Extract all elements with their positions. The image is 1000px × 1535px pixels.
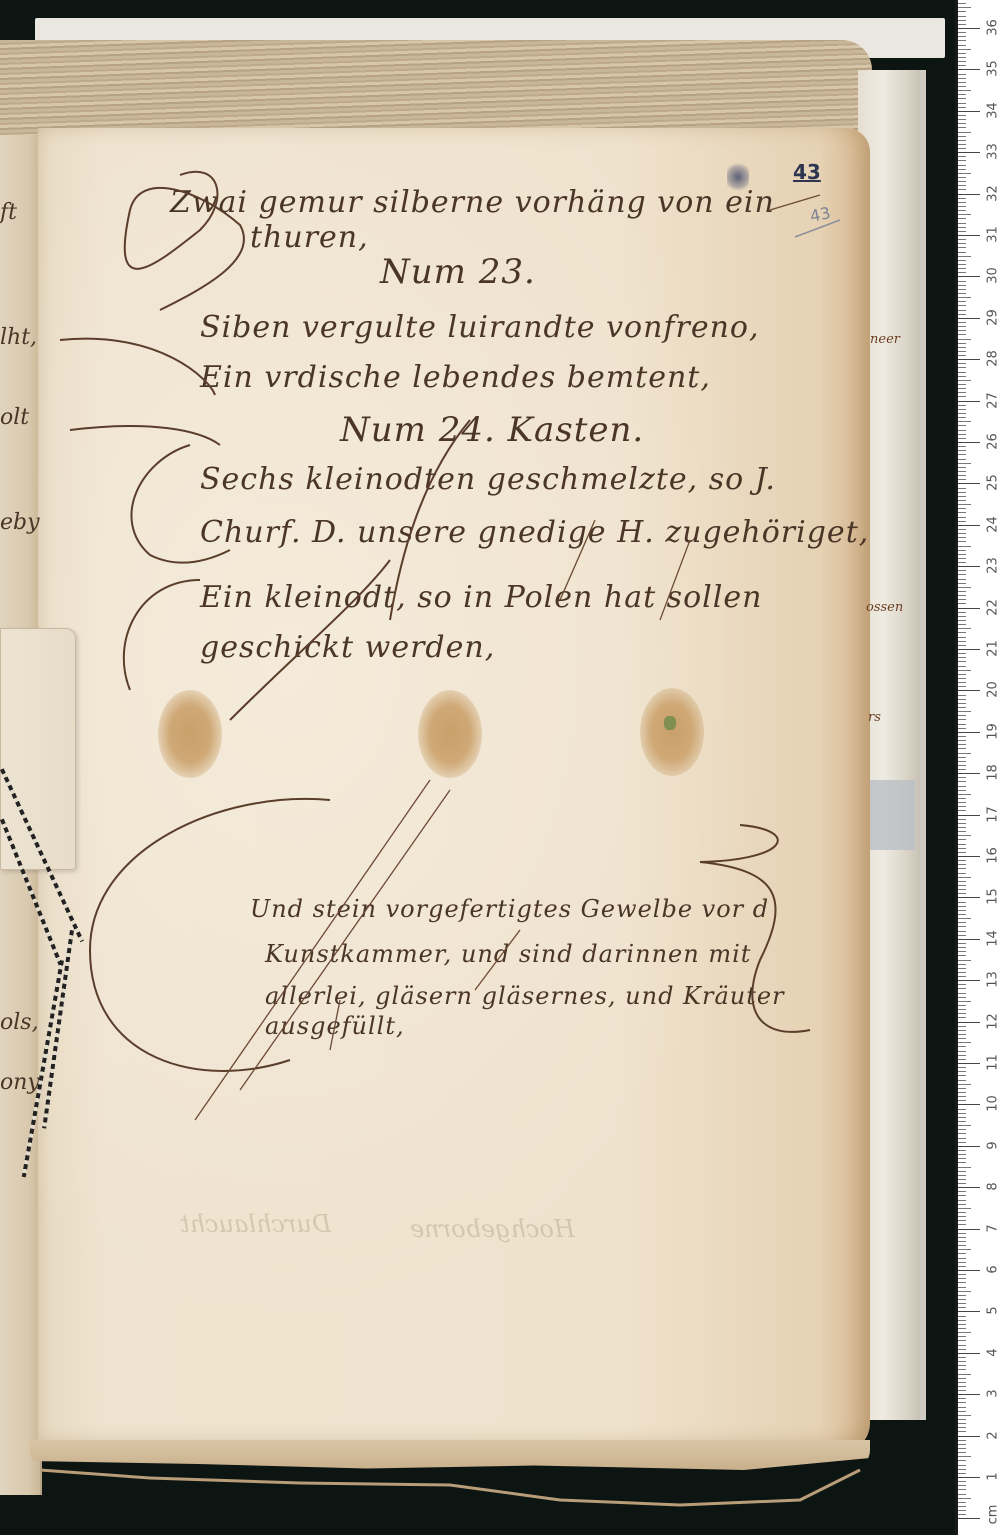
ruler-tick — [958, 579, 966, 580]
ruler-tick — [958, 761, 966, 762]
ruler-tick — [958, 1452, 966, 1453]
ruler-tick — [958, 367, 966, 368]
ruler-tick — [958, 223, 966, 224]
ruler-tick — [958, 239, 966, 240]
ruler-tick — [958, 1506, 966, 1507]
ruler-tick — [958, 699, 966, 700]
ruler-tick — [958, 359, 980, 360]
ruler-tick — [958, 997, 966, 998]
ruler-label: 10 — [986, 1094, 1000, 1114]
entry-heading: Num 23. — [380, 252, 536, 292]
ruler-label: 3 — [986, 1384, 1000, 1404]
ruler-tick — [958, 69, 980, 70]
ruler-tick — [958, 902, 966, 903]
ruler-tick — [958, 160, 966, 161]
ruler-tick — [958, 45, 966, 46]
ruler-tick — [958, 736, 966, 737]
ruler-tick — [958, 314, 966, 315]
ruler-tick — [958, 1469, 966, 1470]
ruler-tick — [958, 632, 966, 633]
ruler-tick — [958, 1034, 966, 1035]
ruler-tick — [958, 786, 966, 787]
ruler-tick — [958, 297, 971, 298]
ruler-tick — [958, 1311, 980, 1312]
ruler-tick — [958, 1320, 966, 1321]
ruler-tick — [958, 1365, 966, 1366]
ruler-tick — [958, 1258, 966, 1259]
ruler-tick — [958, 1022, 980, 1023]
ruler-tick — [958, 1282, 966, 1283]
text-line: thuren, — [250, 220, 369, 255]
ruler-tick — [958, 753, 971, 754]
ruler-tick — [958, 1353, 980, 1354]
ruler-tick — [958, 132, 971, 133]
ruler-label: 28 — [986, 349, 1000, 369]
ruler-tick — [958, 276, 980, 277]
ruler-tick — [958, 690, 980, 691]
ruler-tick — [958, 703, 966, 704]
ruler-label: 19 — [986, 721, 1000, 741]
ruler-tick — [958, 268, 966, 269]
ruler-tick — [958, 968, 966, 969]
ruler-tick — [958, 1046, 966, 1047]
ruler-tick — [958, 1237, 966, 1238]
ruler-tick — [958, 856, 980, 857]
ruler-tick — [958, 425, 966, 426]
ruler-tick — [958, 1518, 980, 1519]
ruler-label: 1 — [986, 1467, 1000, 1487]
ruler-tick — [958, 446, 966, 447]
ruler-tick — [958, 496, 966, 497]
ruler-label: 7 — [986, 1218, 1000, 1238]
ruler-tick — [958, 1125, 971, 1126]
ruler-tick — [958, 500, 966, 501]
ruler-tick — [958, 1063, 980, 1064]
ruler-tick — [958, 732, 980, 733]
ruler-tick — [958, 529, 966, 530]
left-margin-note: olt — [0, 405, 29, 430]
ruler-tick — [958, 1415, 971, 1416]
ruler-tick — [958, 36, 966, 37]
manuscript-scene: Durchlaucht Hochgeborne 43 43 Zwai gemur… — [0, 0, 1000, 1535]
ruler-tick — [958, 1465, 966, 1466]
ruler-tick — [958, 1100, 966, 1101]
ruler-tick — [958, 1171, 966, 1172]
ruler-tick — [958, 1431, 966, 1432]
ruler-label: 24 — [986, 514, 1000, 534]
ruler-tick — [958, 1026, 966, 1027]
ruler-tick — [958, 74, 966, 75]
ruler-tick — [958, 1104, 980, 1105]
ruler-tick — [958, 1204, 966, 1205]
ruler-tick — [958, 305, 966, 306]
ruler-tick — [958, 1382, 966, 1383]
ruler-tick — [958, 28, 980, 29]
ruler-tick — [958, 281, 966, 282]
ruler-tick — [958, 562, 966, 563]
ruler-tick — [958, 1175, 966, 1176]
ruler-tick — [958, 1080, 966, 1081]
ruler-tick — [958, 881, 966, 882]
ruler-tick — [958, 1316, 966, 1317]
ruler-tick — [958, 1444, 966, 1445]
ruler-tick — [958, 136, 966, 137]
ruler-tick — [958, 1440, 966, 1441]
ruler-tick — [958, 1059, 966, 1060]
ruler-tick — [958, 86, 966, 87]
text-line: Kunstkammer, und sind darinnen mit — [265, 940, 751, 968]
ruler-tick — [958, 1494, 966, 1495]
ruler-tick — [958, 1030, 966, 1031]
ruler-tick — [958, 111, 980, 112]
ruler-tick — [958, 620, 966, 621]
ruler-tick — [958, 16, 966, 17]
ruler-tick — [958, 409, 966, 410]
ruler-tick — [958, 728, 966, 729]
ruler-label: 30 — [986, 266, 1000, 286]
ruler-tick — [958, 964, 966, 965]
ruler-tick — [958, 272, 966, 273]
ruler-tick — [958, 247, 966, 248]
ruler-tick — [958, 554, 966, 555]
ruler-tick — [958, 351, 966, 352]
ruler-tick — [958, 417, 966, 418]
ruler-tick — [958, 835, 971, 836]
ruler-tick — [958, 827, 966, 828]
ruler-tick — [958, 235, 980, 236]
folded-paper-flap — [0, 628, 76, 870]
ruler-tick — [958, 140, 966, 141]
ruler-tick — [958, 1212, 966, 1213]
ruler-tick — [958, 1117, 966, 1118]
ruler-tick — [958, 1460, 966, 1461]
ruler-tick — [958, 947, 966, 948]
ruler-tick — [958, 806, 966, 807]
ruler-label: 6 — [986, 1260, 1000, 1280]
ruler-tick — [958, 976, 966, 977]
ruler-tick — [958, 926, 966, 927]
ruler-tick — [958, 413, 966, 414]
ruler-label: 16 — [986, 846, 1000, 866]
ruler-tick — [958, 7, 971, 8]
ruler-tick — [958, 1109, 966, 1110]
ruler-tick — [958, 198, 966, 199]
ruler-tick — [958, 1220, 966, 1221]
ruler-tick — [958, 715, 966, 716]
ruler-tick — [958, 202, 966, 203]
ruler-tick — [958, 616, 966, 617]
ruler-tick — [958, 438, 966, 439]
ruler-tick — [958, 123, 966, 124]
ruler-label: 13 — [986, 970, 1000, 990]
ruler-tick — [958, 454, 966, 455]
ruler-tick — [958, 144, 966, 145]
left-margin-note: lht, — [0, 325, 37, 350]
ruler-tick — [958, 1266, 966, 1267]
ruler-tick — [958, 169, 966, 170]
ruler-tick — [958, 1357, 966, 1358]
ruler-tick — [958, 1138, 966, 1139]
ruler-tick — [958, 993, 966, 994]
ruler-tick — [958, 20, 966, 21]
ruler-tick — [958, 61, 966, 62]
ruler-tick — [958, 252, 966, 253]
right-margin-note: rs — [868, 710, 881, 725]
ruler-tick — [958, 1055, 966, 1056]
ruler-tick — [958, 980, 980, 981]
ruler-tick — [958, 1167, 971, 1168]
measurement-ruler: cm12345678910111213141516171819202122232… — [955, 0, 1000, 1535]
ruler-tick — [958, 1158, 966, 1159]
ruler-tick — [958, 1477, 980, 1478]
ruler-tick — [958, 388, 966, 389]
ruler-label: 14 — [986, 928, 1000, 948]
ruler-tick — [958, 848, 966, 849]
ruler-tick — [958, 508, 966, 509]
ruler-tick — [958, 1361, 966, 1362]
ruler-tick — [958, 173, 971, 174]
ruler-tick — [958, 546, 971, 547]
ruler-tick — [958, 401, 980, 402]
ruler-tick — [958, 405, 966, 406]
ruler-tick — [958, 1162, 966, 1163]
ruler-label: 22 — [986, 597, 1000, 617]
ruler-tick — [958, 960, 971, 961]
ruler-tick — [958, 376, 966, 377]
text-line: Churf. D. unsere gnedige H. zugehöriget, — [200, 515, 869, 550]
ruler-tick — [958, 918, 971, 919]
ruler-tick — [958, 1013, 966, 1014]
ruler-tick — [958, 98, 966, 99]
ruler-tick — [958, 931, 966, 932]
ruler-tick — [958, 595, 966, 596]
ruler-tick — [958, 670, 971, 671]
ruler-label: 8 — [986, 1177, 1000, 1197]
ruler-tick — [958, 1191, 966, 1192]
ruler-label: 20 — [986, 680, 1000, 700]
ruler-label: 18 — [986, 763, 1000, 783]
ruler-tick — [958, 227, 966, 228]
ruler-tick — [958, 823, 966, 824]
ruler-tick — [958, 1051, 966, 1052]
ruler-tick — [958, 815, 980, 816]
ruler-tick — [958, 955, 966, 956]
ruler-tick — [958, 24, 966, 25]
ruler-tick — [958, 666, 966, 667]
ruler-tick — [958, 1241, 966, 1242]
text-line: Ein kleinodt, so in Polen hat sollen — [200, 580, 762, 615]
ruler-tick — [958, 78, 966, 79]
ruler-tick — [958, 641, 966, 642]
ruler-tick — [958, 657, 966, 658]
ruler-tick — [958, 185, 966, 186]
ruler-tick — [958, 148, 966, 149]
ruler-tick — [958, 264, 966, 265]
ruler-tick — [958, 475, 966, 476]
wax-seal-stain — [158, 690, 222, 778]
right-margin-note: neer — [870, 332, 900, 347]
folio-number-stamp: 43 — [793, 160, 821, 184]
ruler-tick — [958, 65, 966, 66]
ruler-tick — [958, 392, 966, 393]
ruler-tick — [958, 521, 966, 522]
ruler-tick — [958, 1071, 966, 1072]
ruler-label: 33 — [986, 142, 1000, 162]
ruler-tick — [958, 1142, 966, 1143]
ruler-tick — [958, 1374, 971, 1375]
ruler-tick — [958, 1369, 966, 1370]
ruler-tick — [958, 1133, 966, 1134]
ruler-tick — [958, 889, 966, 890]
ruler-tick — [958, 525, 980, 526]
ruler-tick — [958, 1183, 966, 1184]
ruler-tick — [958, 1485, 966, 1486]
ruler-tick — [958, 1510, 966, 1511]
ruler-tick — [958, 152, 980, 153]
ruler-tick — [958, 1278, 966, 1279]
ruler-tick — [958, 1067, 966, 1068]
ruler-tick — [958, 1407, 966, 1408]
right-sheet-tab — [870, 780, 915, 850]
text-line: Und stein vorgefertigtes Gewelbe vor d — [250, 895, 769, 923]
ruler-tick — [958, 744, 966, 745]
ruler-tick — [958, 599, 966, 600]
ruler-tick — [958, 1398, 966, 1399]
ruler-tick — [958, 798, 966, 799]
ruler-tick — [958, 1448, 966, 1449]
ruler-tick — [958, 127, 966, 128]
ruler-tick — [958, 1274, 966, 1275]
ruler-tick — [958, 1253, 966, 1254]
ruler-tick — [958, 591, 966, 592]
ruler-tick — [958, 1262, 966, 1263]
ruler-tick — [958, 1270, 980, 1271]
ruler-tick — [958, 49, 971, 50]
bleed-through-text: Hochgeborne — [410, 1215, 575, 1243]
ruler-tick — [958, 1419, 966, 1420]
text-line: Zwai gemur silberne vorhäng von ein — [170, 185, 775, 220]
ruler-tick — [958, 603, 966, 604]
ruler-tick — [958, 1436, 980, 1437]
ruler-tick — [958, 459, 966, 460]
ruler-tick — [958, 951, 966, 952]
ruler-tick — [958, 115, 966, 116]
ruler-tick — [958, 682, 966, 683]
text-line: allerlei, gläsern gläsernes, und Kräuter — [265, 982, 785, 1010]
ruler-tick — [958, 645, 966, 646]
ruler-tick — [958, 988, 966, 989]
left-margin-note: ony — [0, 1070, 40, 1095]
ruler-tick — [958, 794, 971, 795]
ruler-tick — [958, 1113, 966, 1114]
ruler-tick — [958, 885, 966, 886]
ruler-tick — [958, 922, 966, 923]
ruler-label: 17 — [986, 804, 1000, 824]
ruler-label: 15 — [986, 887, 1000, 907]
ruler-label: 4 — [986, 1342, 1000, 1362]
ruler-tick — [958, 1187, 980, 1188]
ruler-tick — [958, 868, 966, 869]
ruler-tick — [958, 1514, 966, 1515]
ruler-tick — [958, 347, 966, 348]
ruler-tick — [958, 1378, 966, 1379]
ruler-tick — [958, 649, 980, 650]
ruler-tick — [958, 566, 980, 567]
ruler-tick — [958, 504, 971, 505]
ruler-tick — [958, 893, 966, 894]
ruler-tick — [958, 11, 966, 12]
ruler-tick — [958, 256, 971, 257]
ruler-tick — [958, 724, 966, 725]
ruler-tick — [958, 972, 966, 973]
ruler-tick — [958, 372, 966, 373]
ruler-tick — [958, 740, 966, 741]
bleed-through-text: Durchlaucht — [180, 1210, 331, 1238]
ruler-tick — [958, 156, 966, 157]
ruler-label: 34 — [986, 100, 1000, 120]
ruler-tick — [958, 802, 966, 803]
ruler-tick — [958, 1456, 971, 1457]
ruler-tick — [958, 810, 966, 811]
ruler-tick — [958, 558, 966, 559]
ruler-tick — [958, 537, 966, 538]
ruler-tick — [958, 711, 971, 712]
ruler-tick — [958, 773, 980, 774]
ruler-label: 9 — [986, 1135, 1000, 1155]
ruler-tick — [958, 781, 966, 782]
ruler-tick — [958, 1216, 966, 1217]
ruler-label: 27 — [986, 390, 1000, 410]
ruler-tick — [958, 541, 966, 542]
text-line: Ein vrdische lebendes bemtent, — [200, 360, 711, 395]
ruler-tick — [958, 1146, 980, 1147]
ruler-tick — [958, 1390, 966, 1391]
ruler-label: 32 — [986, 183, 1000, 203]
ruler-tick — [958, 119, 966, 120]
ruler-tick — [958, 517, 966, 518]
ruler-tick — [958, 194, 980, 195]
ruler-label: 5 — [986, 1301, 1000, 1321]
ruler-tick — [958, 1009, 966, 1010]
ruler-tick — [958, 430, 966, 431]
ruler-tick — [958, 533, 966, 534]
ruler-tick — [958, 624, 966, 625]
ruler-tick — [958, 339, 971, 340]
ruler-tick — [958, 1332, 971, 1333]
ruler-tick — [958, 1473, 966, 1474]
ruler-tick — [958, 206, 966, 207]
ruler-tick — [958, 686, 966, 687]
ruler-tick — [958, 1411, 966, 1412]
ruler-tick — [958, 839, 966, 840]
ruler-tick — [958, 1340, 966, 1341]
ruler-tick — [958, 434, 966, 435]
ruler-tick — [958, 1423, 966, 1424]
ruler-tick — [958, 1295, 966, 1296]
ruler-tick — [958, 757, 966, 758]
ruler-label: 2 — [986, 1425, 1000, 1445]
left-margin-note: ols, — [0, 1010, 39, 1035]
ruler-tick — [958, 939, 980, 940]
ruler-label: 36 — [986, 18, 1000, 38]
ruler-tick — [958, 3, 966, 4]
ruler-tick — [958, 326, 966, 327]
ruler-tick — [958, 1224, 966, 1225]
ruler-tick — [958, 1291, 971, 1292]
ruler-tick — [958, 819, 966, 820]
ruler-tick — [958, 1336, 966, 1337]
ruler-label: 25 — [986, 473, 1000, 493]
